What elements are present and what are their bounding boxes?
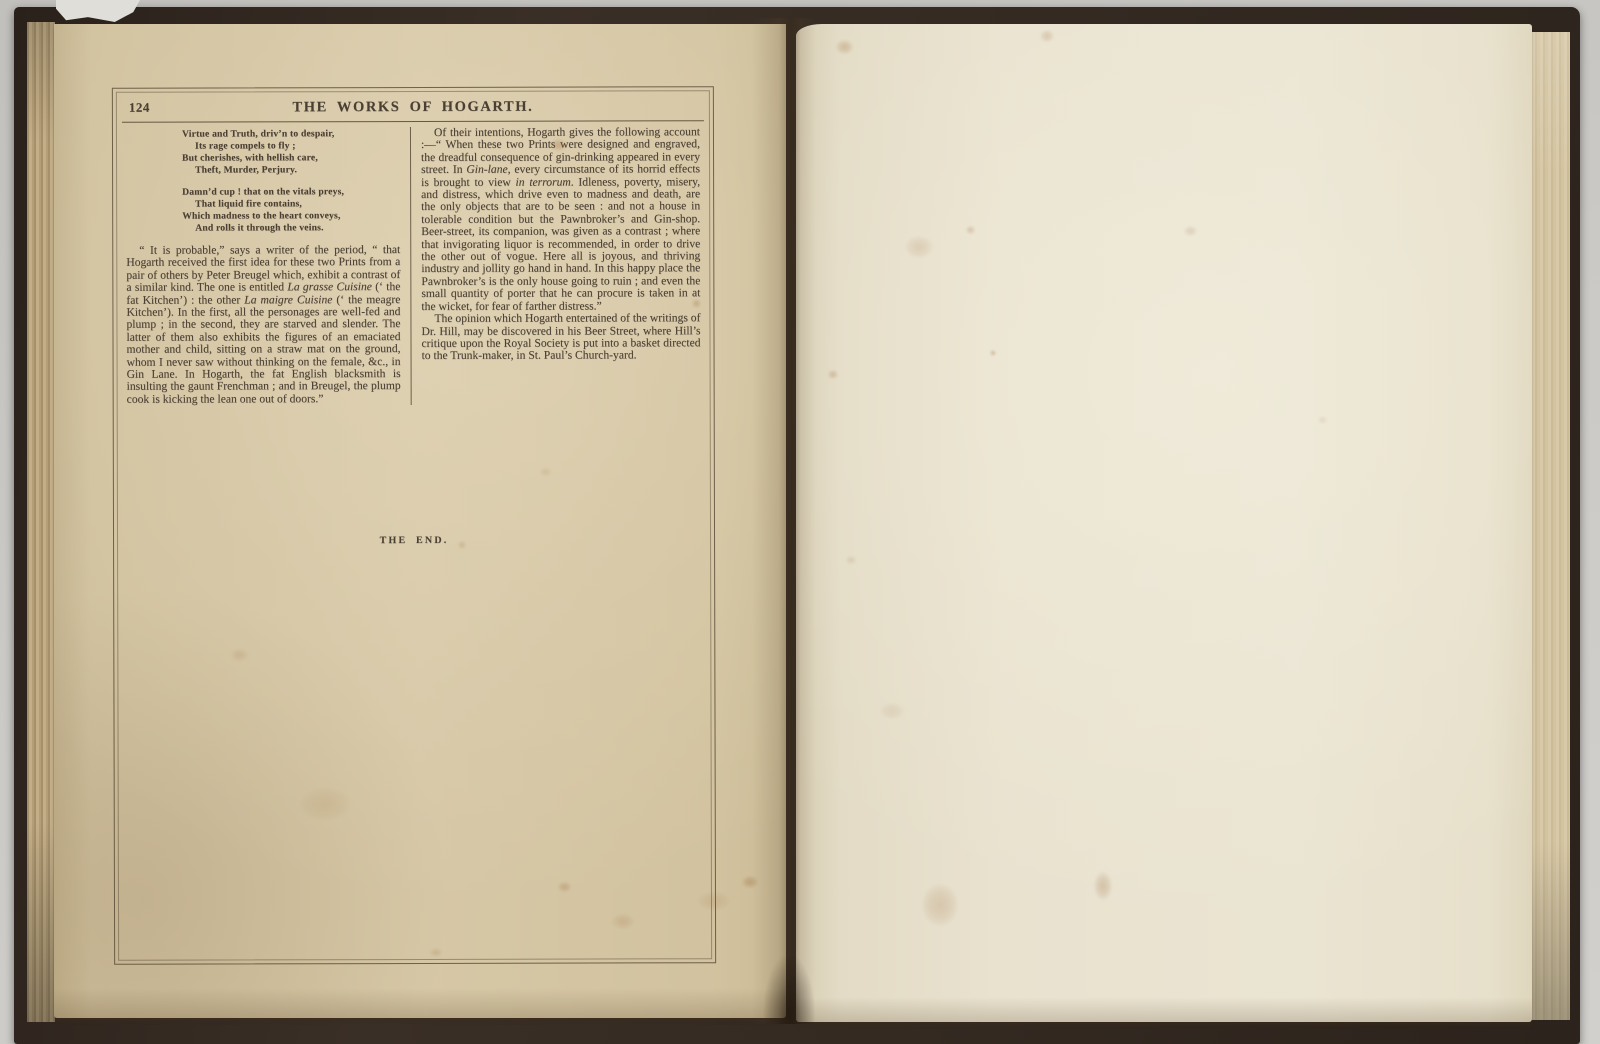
right-column-paragraph-1: Of their intentions, Hogarth gives the f…: [421, 126, 700, 313]
verse-line: But cherishes, with hellish care,: [182, 152, 344, 164]
verse-line: Which madness to the heart conveys,: [182, 210, 344, 222]
text-frame: 124 THE WORKS OF HOGARTH. Virtue and Tru…: [112, 86, 716, 965]
verse-line: Virtue and Truth, driv’n to despair,: [182, 128, 344, 140]
page-edge-stack-left: [27, 22, 55, 1022]
page-header: 124 THE WORKS OF HOGARTH.: [127, 96, 699, 119]
running-title: THE WORKS OF HOGARTH.: [127, 96, 699, 116]
end-marker: THE END.: [114, 534, 714, 547]
right-page-blank: [796, 24, 1532, 1022]
page-edge-stack-right: [1532, 32, 1570, 1020]
header-rule: [122, 120, 704, 123]
verse-line: Its rage compels to fly ;: [182, 140, 344, 152]
verse-line: Damn’d cup ! that on the vitals preys,: [182, 186, 344, 198]
verse-stanza: Damn’d cup ! that on the vitals preys,Th…: [182, 186, 344, 234]
right-column: Of their intentions, Hogarth gives the f…: [411, 126, 701, 405]
verse-block: Virtue and Truth, driv’n to despair,Its …: [182, 128, 344, 234]
right-column-paragraph-2: The opinion which Hogarth entertained of…: [421, 312, 700, 362]
verse-line: Theft, Murder, Perjury.: [182, 164, 344, 176]
left-column: Virtue and Truth, driv’n to despair,Its …: [126, 127, 411, 406]
left-column-paragraph: “ It is probable,” says a writer of the …: [126, 244, 400, 406]
verse-line: That liquid fire contains,: [182, 198, 344, 210]
text-columns: Virtue and Truth, driv’n to despair,Its …: [126, 126, 701, 406]
page-number: 124: [129, 100, 150, 116]
verse-stanza: Virtue and Truth, driv’n to despair,Its …: [182, 128, 344, 176]
book-photograph: 124 THE WORKS OF HOGARTH. Virtue and Tru…: [0, 0, 1600, 1044]
left-page: 124 THE WORKS OF HOGARTH. Virtue and Tru…: [54, 24, 786, 1018]
verse-line: And rolls it through the veins.: [182, 222, 344, 234]
